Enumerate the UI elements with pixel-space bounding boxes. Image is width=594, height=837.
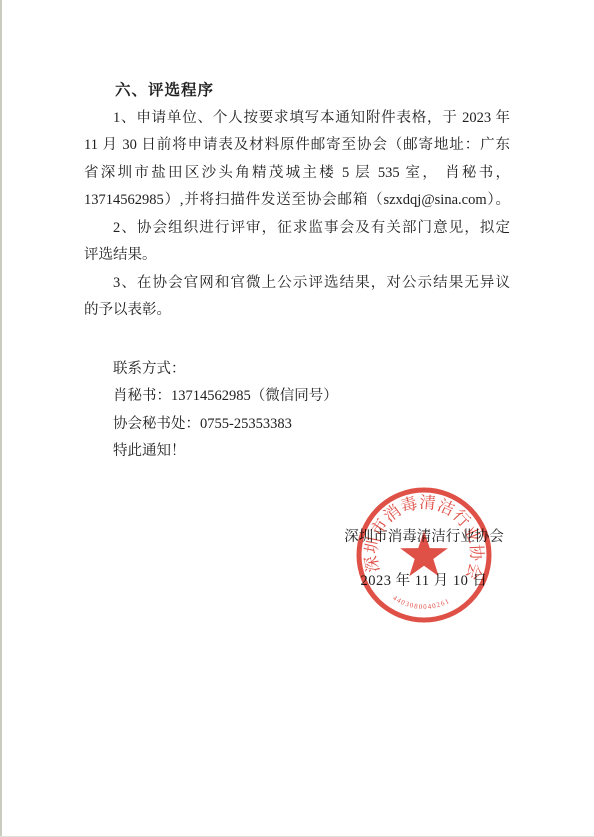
paragraph-gap bbox=[84, 325, 510, 356]
body-line: 的予以表彰。 bbox=[84, 297, 510, 325]
section-title: 六、评选程序 bbox=[84, 77, 510, 105]
body-line: 2、协会组织进行评审，征求监事会及有关部门意见，拟定 bbox=[84, 215, 510, 243]
body-line: 省深圳市盐田区沙头角精茂城主楼 5 层 535 室， 肖秘书， bbox=[84, 160, 510, 188]
body-line: 11 月 30 日前将申请表及材料原件邮寄至协会（邮寄地址：广东 bbox=[84, 132, 510, 160]
body-line: 1、申请单位、个人按要求填写本通知附件表格，于 2023 年 bbox=[84, 105, 510, 133]
document-page: { "document": { "title": "六、评选程序", "body… bbox=[0, 0, 594, 837]
contact-heading: 联系方式： bbox=[84, 356, 510, 384]
body-line: 13714562985）,并将扫描件发送至协会邮箱（szxdqj@sina.co… bbox=[84, 187, 510, 215]
seal-serial-number: 4403080040261 bbox=[391, 594, 451, 611]
page-left-edge bbox=[0, 0, 2, 837]
body-line: 3、在协会官网和官微上公示评选结果，对公示结果无异议 bbox=[84, 270, 510, 298]
notice-body: 六、评选程序 1、申请单位、个人按要求填写本通知附件表格，于 2023 年 11… bbox=[84, 77, 510, 466]
notice-closing: 特此通知！ bbox=[84, 438, 510, 466]
signature-organization: 深圳市消毒清洁行业协会 bbox=[318, 528, 530, 546]
contact-line-office: 协会秘书处：0755-25353383 bbox=[84, 411, 510, 439]
contact-line-secretary: 肖秘书：13714562985（微信同号） bbox=[84, 383, 510, 411]
body-line: 评选结果。 bbox=[84, 242, 510, 270]
signature-date: 2023 年 11 月 10 日 bbox=[318, 572, 530, 590]
signature-block: 深圳市消毒清洁行业协会 2023 年 11 月 10 日 bbox=[318, 528, 530, 590]
